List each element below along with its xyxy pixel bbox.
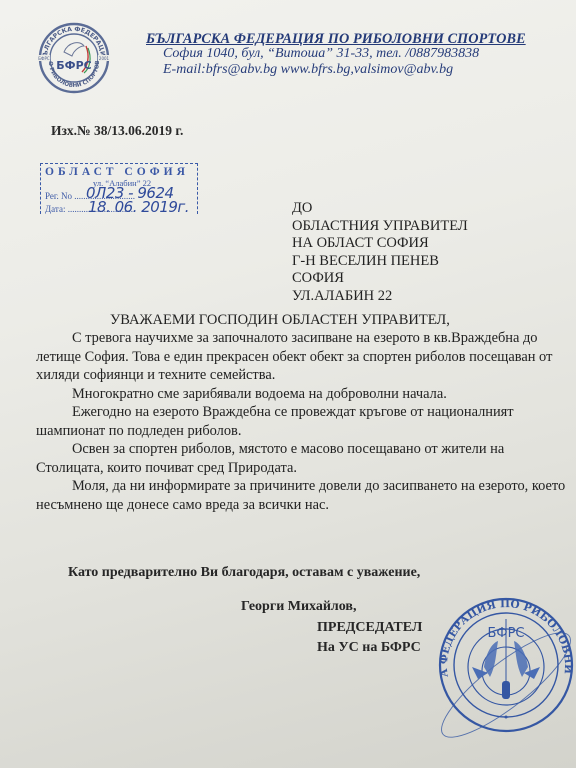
signatory-title: ПРЕДСЕДАТЕЛ На УС на БФРС [317, 618, 422, 658]
paragraph: Моля, да ни информирате за причините дов… [36, 477, 566, 514]
signatory-position: ПРЕДСЕДАТЕЛ [317, 618, 422, 638]
addressee-line: УЛ.АЛАБИН 22 [292, 288, 468, 306]
letter-body: С тревога научихме за започналото засипв… [36, 329, 566, 514]
addressee-line: ДО [292, 200, 468, 218]
paragraph: Освен за спортен риболов, мястото е масо… [36, 440, 566, 477]
outgoing-reference: Изх.№ 38/13.06.2019 г. [51, 123, 183, 139]
svg-text:БФРС: БФРС [38, 56, 50, 61]
paragraph: Многократно сме зарибявали водоема на до… [36, 385, 566, 404]
addressee-line: НА ОБЛАСТ СОФИЯ [292, 235, 468, 253]
paragraph: Ежегодно на езерото Враждебна се провежд… [36, 403, 566, 440]
bfrs-emblem-icon: БЪЛГАРСКА ФЕДЕРАЦИЯ ПО РИБОЛОВНИ СПОРТОВ… [38, 22, 110, 94]
svg-text:БФРС: БФРС [487, 626, 524, 641]
paragraph: С тревога научихме за започналото засипв… [36, 329, 566, 385]
addressee-line: СОФИЯ [292, 270, 468, 288]
closing-line: Като предварително Ви благодаря, оставам… [68, 565, 420, 581]
svg-text:2001: 2001 [99, 56, 110, 61]
signatory-org: На УС на БФРС [317, 638, 422, 658]
svg-text:БФРС: БФРС [56, 59, 91, 72]
organization-contacts[interactable]: E-mail:bfrs@abv.bg www.bfrs.bg,valsimov@… [163, 62, 453, 78]
handwritten-date: 18. 06. 2019г. [88, 198, 189, 216]
stamp-title: ОБЛАСТ СОФИЯ [45, 166, 189, 178]
salutation: УВАЖАЕМИ ГОСПОДИН ОБЛАСТЕН УПРАВИТЕЛ, [110, 312, 450, 329]
organization-address: София 1040, бул, “Витоша” 31-33, тел. /0… [163, 46, 479, 62]
addressee-line: Г-Н ВЕСЕЛИН ПЕНЕВ [292, 253, 468, 271]
addressee-block: ДО ОБЛАСТНИЯ УПРАВИТЕЛ НА ОБЛАСТ СОФИЯ Г… [292, 200, 468, 306]
addressee-line: ОБЛАСТНИЯ УПРАВИТЕЛ [292, 218, 468, 236]
svg-text:БЪЛГАРСКА ФЕДЕРАЦИЯ: БЪЛГАРСКА ФЕДЕРАЦИЯ [38, 22, 106, 57]
federation-seal-icon: БЪЛГАРСКА ФЕДЕРАЦИЯ ПО РИБОЛОВНИ СПОРТОВ… [424, 585, 576, 745]
registry-stamp: ОБЛАСТ СОФИЯ ул. “Алабин” 22 Рег. No ...… [40, 163, 198, 214]
signatory-name: Георги Михайлов, [241, 599, 357, 615]
